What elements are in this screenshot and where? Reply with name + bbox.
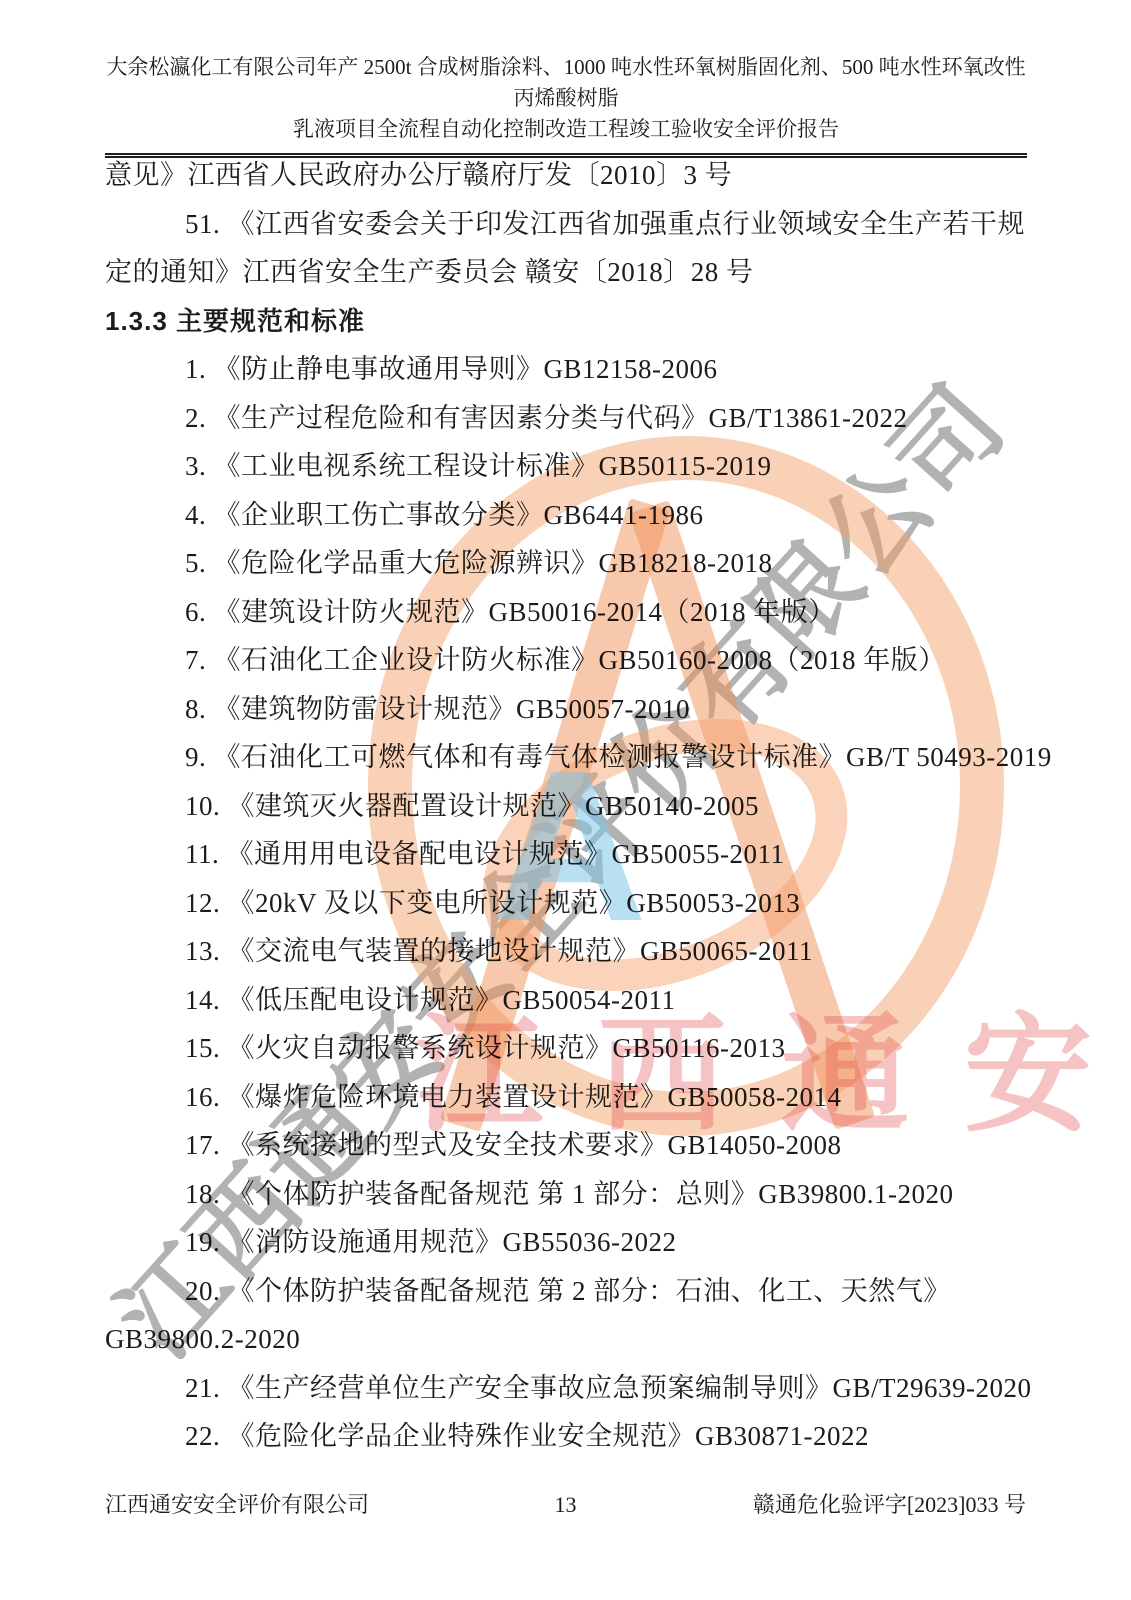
page-footer: 江西通安安全评价有限公司 13 赣通危化验评字[2023]033 号 — [105, 1490, 1026, 1520]
text-line: 16. 《爆炸危险环境电力装置设计规范》GB50058-2014 — [105, 1073, 1026, 1122]
text-line: 1. 《防止静电事故通用导则》GB12158-2006 — [105, 345, 1026, 394]
text-line: 9. 《石油化工可燃气体和有毒气体检测报警设计标准》GB/T 50493-201… — [105, 733, 1026, 782]
text-line: 6. 《建筑设计防火规范》GB50016-2014（2018 年版） — [105, 588, 1026, 637]
text-line: 2. 《生产过程危险和有害因素分类与代码》GB/T13861-2022 — [105, 394, 1026, 443]
report-title-line2: 乳液项目全流程自动化控制改造工程竣工验收安全评价报告 — [105, 114, 1027, 145]
text-line: 20. 《个体防护装备配备规范 第 2 部分：石油、化工、天然气》 — [105, 1267, 1026, 1316]
text-line: 3. 《工业电视系统工程设计标准》GB50115-2019 — [105, 442, 1026, 491]
text-lines: 意见》江西省人民政府办公厅赣府厅发〔2010〕3 号51. 《江西省安委会关于印… — [105, 151, 1026, 1461]
page-number: 13 — [105, 1490, 1026, 1520]
text-line: 17. 《系统接地的型式及安全技术要求》GB14050-2008 — [105, 1121, 1026, 1170]
text-line: 7. 《石油化工企业设计防火标准》GB50160-2008（2018 年版） — [105, 636, 1026, 685]
document-page: 大余松瀛化工有限公司年产 2500t 合成树脂涂料、1000 吨水性环氧树脂固化… — [0, 0, 1131, 1600]
text-line: 8. 《建筑物防雷设计规范》GB50057-2010 — [105, 685, 1026, 734]
text-line: 15. 《火灾自动报警系统设计规范》GB50116-2013 — [105, 1024, 1026, 1073]
text-line: 12. 《20kV 及以下变电所设计规范》GB50053-2013 — [105, 879, 1026, 928]
text-line: GB39800.2-2020 — [105, 1315, 1026, 1364]
text-line: 4. 《企业职工伤亡事故分类》GB6441-1986 — [105, 491, 1026, 540]
report-title-line1: 大余松瀛化工有限公司年产 2500t 合成树脂涂料、1000 吨水性环氧树脂固化… — [105, 52, 1027, 114]
section-heading: 1.3.3 主要规范和标准 — [105, 297, 1026, 346]
text-line: 21. 《生产经营单位生产安全事故应急预案编制导则》GB/T29639-2020 — [105, 1364, 1026, 1413]
text-line: 5. 《危险化学品重大危险源辨识》GB18218-2018 — [105, 539, 1026, 588]
text-line: 意见》江西省人民政府办公厅赣府厅发〔2010〕3 号 — [105, 151, 1026, 200]
report-header: 大余松瀛化工有限公司年产 2500t 合成树脂涂料、1000 吨水性环氧树脂固化… — [105, 52, 1027, 158]
text-line: 19. 《消防设施通用规范》GB55036-2022 — [105, 1218, 1026, 1267]
text-line: 22. 《危险化学品企业特殊作业安全规范》GB30871-2022 — [105, 1412, 1026, 1461]
text-line: 14. 《低压配电设计规范》GB50054-2011 — [105, 976, 1026, 1025]
text-line: 11. 《通用用电设备配电设计规范》GB50055-2011 — [105, 830, 1026, 879]
text-line: 13. 《交流电气装置的接地设计规范》GB50065-2011 — [105, 927, 1026, 976]
text-line: 10. 《建筑灭火器配置设计规范》GB50140-2005 — [105, 782, 1026, 831]
text-line: 定的通知》江西省安全生产委员会 赣安〔2018〕28 号 — [105, 248, 1026, 297]
text-line: 18. 《个体防护装备配备规范 第 1 部分：总则》GB39800.1-2020 — [105, 1170, 1026, 1219]
text-line: 51. 《江西省安委会关于印发江西省加强重点行业领域安全生产若干规 — [105, 200, 1026, 249]
